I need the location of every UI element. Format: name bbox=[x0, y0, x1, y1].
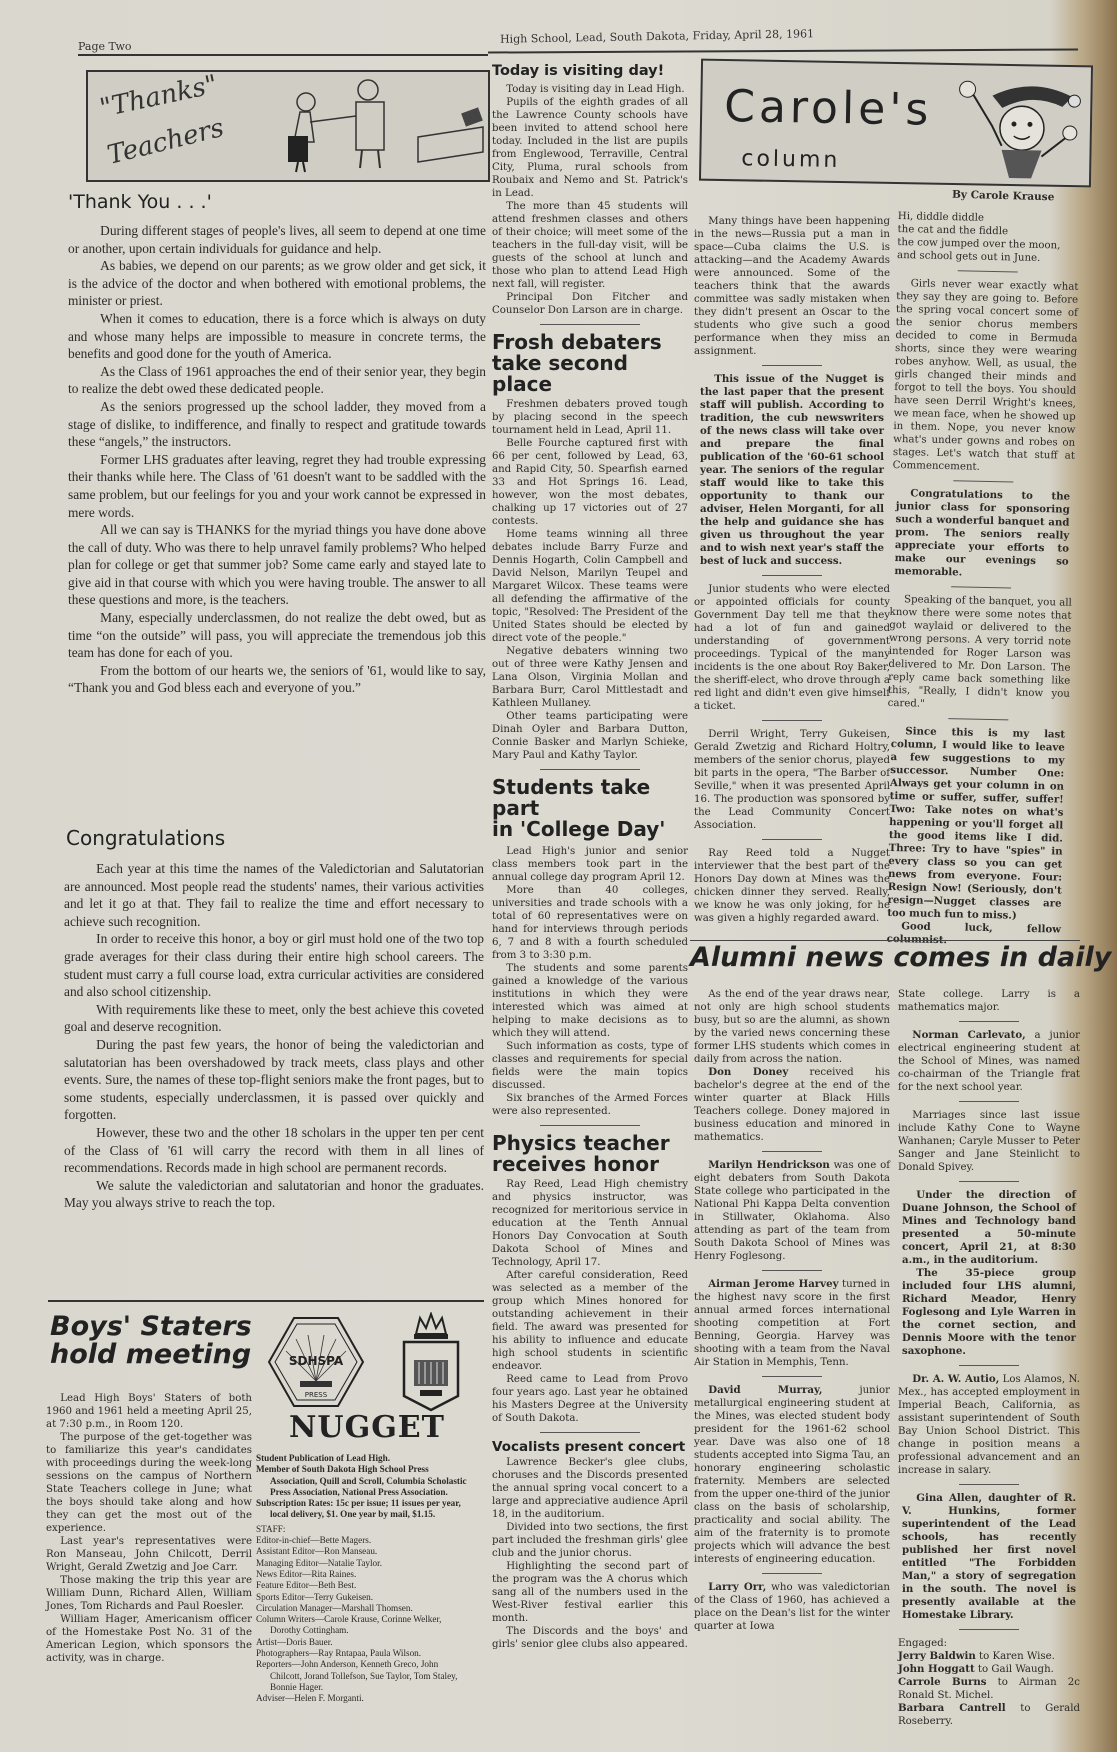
alumni-item: Dr. A. W. Autio, Los Alamos, N. Mex., ha… bbox=[898, 1373, 1080, 1477]
alumni-item: David Murray, junior metallurgical engin… bbox=[694, 1384, 890, 1566]
svg-text:PRESS: PRESS bbox=[305, 1391, 328, 1399]
alumni-item: State college. Larry is a mathematics ma… bbox=[898, 988, 1080, 1014]
column-separator bbox=[762, 365, 822, 366]
caroles-column-banner: Carole's column bbox=[699, 59, 1093, 188]
article-paragraph: Negative debaters winning two out of thr… bbox=[492, 645, 688, 710]
article-paragraph: When it comes to education, there is a f… bbox=[68, 310, 486, 363]
congratulations-article: Each year at this time the names of the … bbox=[64, 860, 484, 1212]
byline: By Carole Krause bbox=[952, 189, 1055, 204]
section-rule bbox=[48, 1300, 484, 1302]
staff-label: STAFF: bbox=[256, 1524, 468, 1535]
dateline: High School, Lead, South Dakota, Friday,… bbox=[500, 27, 814, 45]
staff-entry: Reporters—John Anderson, Kenneth Greco, … bbox=[256, 1659, 468, 1693]
header-rule-right bbox=[488, 48, 1078, 53]
article-paragraph: The more than 45 students will attend fr… bbox=[492, 200, 688, 291]
column-separator bbox=[959, 1101, 1019, 1102]
column-item: Derril Wright, Terry Gukeisen, Gerald Zw… bbox=[694, 728, 890, 832]
article-paragraph: The Discords and the boys' and girls' se… bbox=[492, 1625, 688, 1651]
svg-text:column: column bbox=[741, 146, 840, 173]
headline-line: take second place bbox=[492, 353, 688, 395]
column-item: Junior students who were elected or appo… bbox=[694, 583, 890, 713]
alumni-item: Marilyn Hendrickson was one of eight deb… bbox=[694, 1159, 890, 1263]
article-paragraph: Today is visiting day in Lead High. bbox=[492, 83, 688, 96]
visiting-day-article: Today is visiting day in Lead High. Pupi… bbox=[492, 83, 688, 317]
staff-entry: Managing Editor—Natalie Taylor. bbox=[256, 1558, 468, 1569]
column-item: Speaking of the banquet, you all know th… bbox=[888, 593, 1072, 714]
column-separator bbox=[959, 1484, 1019, 1485]
column-item: Ray Reed told a Nugget interviewer that … bbox=[694, 847, 890, 925]
staff-entry: Feature Editor—Beth Best. bbox=[256, 1580, 468, 1591]
subscription-line: Subscription Rates: 15c per issue; 11 is… bbox=[256, 1498, 468, 1521]
article-paragraph: Such information as costs, type of class… bbox=[492, 1040, 688, 1092]
article-paragraph: We salute the valedictorian and salutato… bbox=[64, 1177, 484, 1212]
article-separator bbox=[540, 324, 640, 325]
article-paragraph: Divided into two sections, the first par… bbox=[492, 1521, 688, 1560]
press-association-seal-icon: SDHSPA PRESS bbox=[266, 1315, 366, 1409]
article-paragraph: Lead High Boys' Staters of both 1960 and… bbox=[46, 1392, 252, 1431]
column-separator bbox=[762, 720, 822, 721]
article-paragraph: Principal Don Fitcher and Counselor Don … bbox=[492, 291, 688, 317]
alumni-item: Under the direction of Duane Johnson, th… bbox=[898, 1189, 1080, 1267]
article-paragraph: Pupils of the eighth grades of all the L… bbox=[492, 96, 688, 200]
article-separator bbox=[540, 1125, 640, 1126]
thank-you-headline: 'Thank You . . .' bbox=[68, 193, 212, 213]
crown-building-seal-icon bbox=[400, 1312, 462, 1412]
staff-entry: Assistant Editor—Ron Manseau. bbox=[256, 1546, 468, 1557]
staff-entry: Photographers—Ray Rntapaa, Paula Wilson. bbox=[256, 1648, 468, 1659]
alumni-right-column: State college. Larry is a mathematics ma… bbox=[898, 988, 1080, 1728]
column-separator bbox=[762, 839, 822, 840]
alumni-left-column: As the end of the year draws near, not o… bbox=[694, 988, 890, 1633]
engaged-entry: Carrole Burns to Airman 2c Ronald St. Mi… bbox=[898, 1676, 1080, 1702]
column-separator bbox=[959, 1365, 1019, 1366]
vocalists-headline: Vocalists present concert bbox=[492, 1440, 688, 1454]
article-paragraph: With requirements like these to meet, on… bbox=[64, 1001, 484, 1036]
column-separator bbox=[762, 575, 822, 576]
jester-illustration-icon: Carole's column bbox=[701, 61, 1091, 186]
column-separator bbox=[951, 586, 1011, 588]
nugget-nameplate: NUGGET bbox=[262, 1410, 472, 1445]
article-paragraph: From the bottom of our hearts we, the se… bbox=[68, 662, 486, 697]
article-paragraph: Many, especially underclassmen, do not r… bbox=[68, 609, 486, 662]
masthead-info: Student Publication of Lead High. Member… bbox=[256, 1453, 468, 1705]
headline-line: receives honor bbox=[492, 1154, 688, 1175]
alumni-item: Marriages since last issue include Kathy… bbox=[898, 1109, 1080, 1174]
article-paragraph: As the Class of 1961 approaches the end … bbox=[68, 363, 486, 398]
alumni-item: The 35-piece group included four LHS alu… bbox=[898, 1267, 1080, 1358]
column-separator bbox=[948, 718, 1008, 720]
article-paragraph: The purpose of the get-together was to f… bbox=[46, 1431, 252, 1535]
svg-text:SDHSPA: SDHSPA bbox=[289, 1354, 344, 1368]
article-paragraph: More than 40 colleges, universities and … bbox=[492, 884, 688, 962]
column-item: Congratulations to the junior class for … bbox=[890, 487, 1074, 582]
physics-teacher-headline: Physics teacher receives honor bbox=[492, 1133, 688, 1175]
staff-entry: Adviser—Helen F. Morganti. bbox=[256, 1693, 468, 1704]
article-separator bbox=[540, 1432, 640, 1433]
engaged-entry: John Hoggatt to Gail Waugh. bbox=[898, 1663, 1080, 1676]
alumni-headline: Alumni news comes in daily bbox=[690, 944, 1111, 972]
headline-line: Frosh debaters bbox=[492, 332, 688, 353]
svg-text:"Thanks": "Thanks" bbox=[97, 72, 220, 124]
article-paragraph: The students and some parents gained a k… bbox=[492, 962, 688, 1040]
article-paragraph: Each year at this time the names of the … bbox=[64, 860, 484, 930]
vocalists-article: Lawrence Becker's glee clubs, choruses a… bbox=[492, 1456, 688, 1651]
alumni-item: Gina Allen, daughter of R. V. Hunkins, f… bbox=[898, 1492, 1080, 1622]
article-paragraph: During the past few years, the honor of … bbox=[64, 1036, 484, 1124]
article-paragraph: William Hager, Americanism officer of th… bbox=[46, 1613, 252, 1665]
boys-staters-article: Lead High Boys' Staters of both 1960 and… bbox=[46, 1392, 252, 1665]
headline-line: Students take part bbox=[492, 777, 688, 819]
column-separator bbox=[959, 1629, 1019, 1630]
alumni-item: Don Doney received his bachelor's degree… bbox=[694, 1066, 890, 1144]
headline-line: Boys' Staters bbox=[50, 1313, 252, 1341]
svg-text:Teachers: Teachers bbox=[104, 113, 226, 171]
article-paragraph: All we can say is THANKS for the myriad … bbox=[68, 521, 486, 609]
column-item: Many things have been happening in the n… bbox=[694, 215, 890, 358]
article-paragraph: Belle Fourche captured first with 66 per… bbox=[492, 437, 688, 528]
headline-line: Physics teacher bbox=[492, 1133, 688, 1154]
column-separator bbox=[762, 1376, 822, 1377]
column-item: Since this is my last column, I would li… bbox=[883, 725, 1069, 924]
physics-teacher-article: Ray Reed, Lead High chemistry and physic… bbox=[492, 1178, 688, 1425]
publication-line: Student Publication of Lead High. bbox=[256, 1453, 468, 1464]
frosh-debaters-headline: Frosh debaters take second place bbox=[492, 332, 688, 395]
article-paragraph: After careful consideration, Reed was se… bbox=[492, 1269, 688, 1373]
column-separator bbox=[953, 480, 1013, 482]
column-separator bbox=[958, 270, 1018, 272]
page-label: Page Two bbox=[78, 40, 132, 53]
column-item: Girls never wear exactly what they say t… bbox=[893, 277, 1079, 476]
membership-line: Member of South Dakota High School Press… bbox=[256, 1464, 468, 1498]
article-paragraph: Freshmen debaters proved tough by placin… bbox=[492, 398, 688, 437]
staff-entry: Circulation Manager—Marshall Thomsen. bbox=[256, 1603, 468, 1614]
column-verse: Hi, diddle diddle the cat and the fiddle… bbox=[897, 210, 1080, 266]
quill-scroll-seal bbox=[400, 1312, 462, 1412]
article-paragraph: Other teams participating were Dinah Oyl… bbox=[492, 710, 688, 762]
column-separator bbox=[762, 1573, 822, 1574]
sdhspa-seal: SDHSPA PRESS bbox=[266, 1315, 366, 1409]
alumni-item: As the end of the year draws near, not o… bbox=[694, 988, 890, 1066]
engaged-label: Engaged: bbox=[898, 1637, 1080, 1650]
article-paragraph: During different stages of people's live… bbox=[68, 222, 486, 257]
article-paragraph: As babies, we depend on our parents; as … bbox=[68, 257, 486, 310]
engaged-entry: Jerry Baldwin to Karen Wise. bbox=[898, 1650, 1080, 1663]
article-paragraph: In order to receive this honor, a boy or… bbox=[64, 930, 484, 1000]
article-paragraph: Home teams winning all three debates inc… bbox=[492, 528, 688, 645]
article-paragraph: Six branches of the Armed Forces were al… bbox=[492, 1092, 688, 1118]
visiting-day-headline: Today is visiting day! bbox=[492, 64, 688, 79]
frosh-debaters-article: Freshmen debaters proved tough by placin… bbox=[492, 398, 688, 762]
article-paragraph: Ray Reed, Lead High chemistry and physic… bbox=[492, 1178, 688, 1269]
headline-line: in 'College Day' bbox=[492, 819, 688, 840]
article-paragraph: Highlighting the second part of the prog… bbox=[492, 1560, 688, 1625]
article-paragraph: However, these two and the other 18 scho… bbox=[64, 1124, 484, 1177]
college-day-article: Lead High's junior and senior class memb… bbox=[492, 845, 688, 1118]
middle-column: Today is visiting day! Today is visiting… bbox=[492, 64, 688, 1651]
header-rule-left bbox=[78, 54, 488, 56]
congratulations-headline: Congratulations bbox=[66, 828, 225, 849]
column-separator bbox=[762, 1270, 822, 1271]
column-separator bbox=[762, 1151, 822, 1152]
alumni-item: Norman Carlevato, a junior electrical en… bbox=[898, 1029, 1080, 1094]
newspaper-page: Page Two High School, Lead, South Dakota… bbox=[0, 0, 1117, 1752]
boys-staters-headline: Boys' Staters hold meeting bbox=[50, 1313, 252, 1370]
staff-entry: Column Writers—Carole Krause, Corinne We… bbox=[256, 1614, 468, 1637]
staff-entry: Sports Editor—Terry Gukeisen. bbox=[256, 1592, 468, 1603]
column-separator bbox=[959, 1021, 1019, 1022]
caroles-column-left: Many things have been happening in the n… bbox=[694, 215, 890, 925]
thank-you-article: During different stages of people's live… bbox=[68, 222, 486, 697]
article-paragraph: Former LHS graduates after leaving, regr… bbox=[68, 451, 486, 521]
staff-entry: News Editor—Rita Raines. bbox=[256, 1569, 468, 1580]
article-paragraph: Lawrence Becker's glee clubs, choruses a… bbox=[492, 1456, 688, 1521]
teacher-handshake-illustration-icon: "Thanks" Teachers bbox=[88, 72, 488, 180]
college-day-headline: Students take part in 'College Day' bbox=[492, 777, 688, 840]
article-paragraph: Reed came to Lead from Provo four years … bbox=[492, 1373, 688, 1425]
svg-text:Carole's: Carole's bbox=[724, 81, 933, 136]
article-paragraph: Last year's representatives were Ron Man… bbox=[46, 1535, 252, 1574]
alumni-item: Larry Orr, who was valedictorian of the … bbox=[694, 1581, 890, 1633]
article-paragraph: Lead High's junior and senior class memb… bbox=[492, 845, 688, 884]
article-paragraph: Those making the trip this year are Will… bbox=[46, 1574, 252, 1613]
section-rule bbox=[690, 940, 1080, 941]
article-separator bbox=[540, 769, 640, 770]
engaged-list: Engaged: Jerry Baldwin to Karen Wise. Jo… bbox=[898, 1637, 1080, 1728]
column-item: This issue of the Nugget is the last pap… bbox=[694, 373, 890, 568]
engaged-entry: Barbara Cantrell to Gerald Roseberry. bbox=[898, 1702, 1080, 1728]
caroles-column-right: Hi, diddle diddle the cat and the fiddle… bbox=[883, 210, 1080, 950]
alumni-item: Airman Jerome Harvey turned in the highe… bbox=[694, 1278, 890, 1369]
column-separator bbox=[959, 1181, 1019, 1182]
staff-entry: Artist—Doris Bauer. bbox=[256, 1637, 468, 1648]
thanks-teachers-cartoon: "Thanks" Teachers bbox=[86, 70, 490, 182]
article-paragraph: As the seniors progressed up the school … bbox=[68, 398, 486, 451]
headline-line: hold meeting bbox=[50, 1341, 252, 1369]
staff-entry: Editor-in-chief—Bette Magers. bbox=[256, 1535, 468, 1546]
